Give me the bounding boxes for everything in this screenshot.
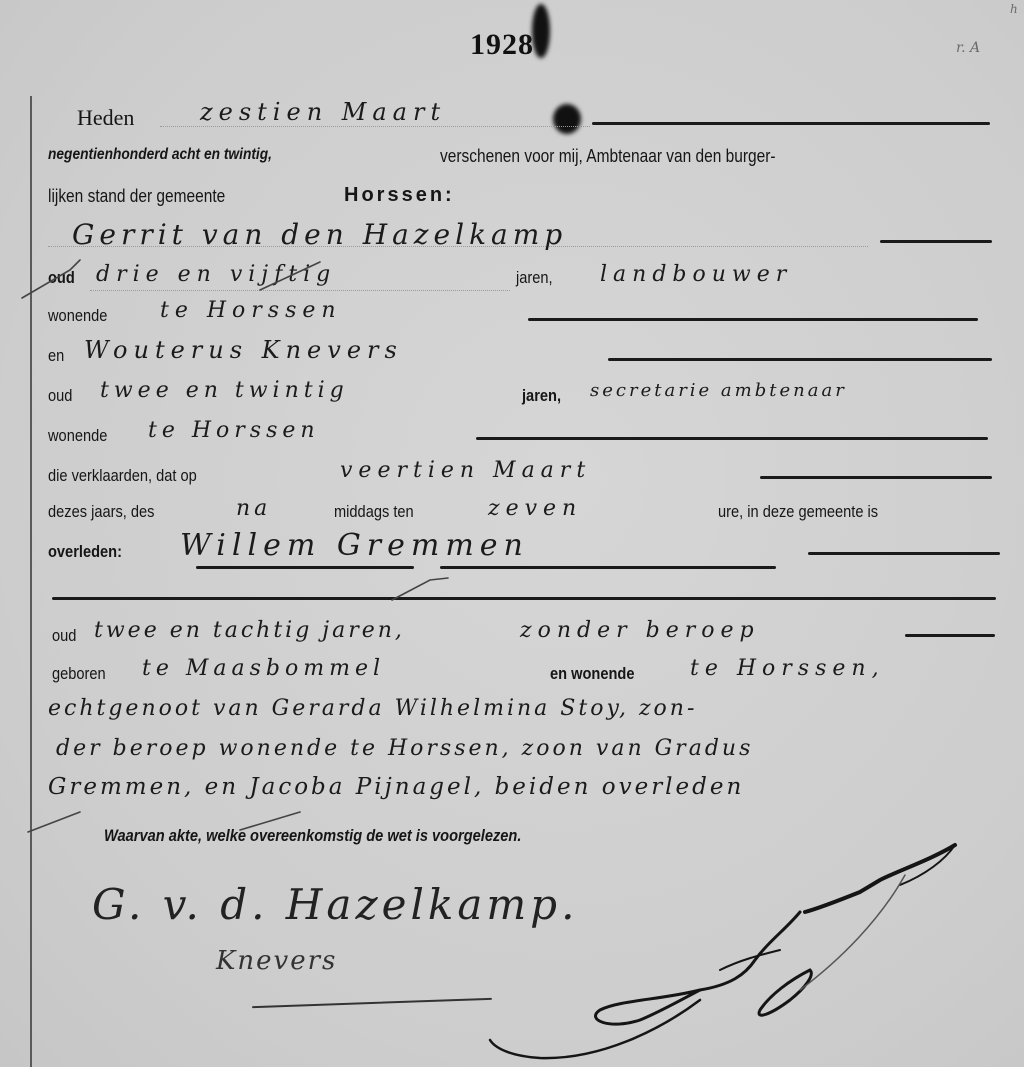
civil-death-record-page: 1928 r. A h Heden zestien Maart negentie… [0, 0, 1024, 1067]
registrar-signature-flourish [0, 0, 1024, 1067]
